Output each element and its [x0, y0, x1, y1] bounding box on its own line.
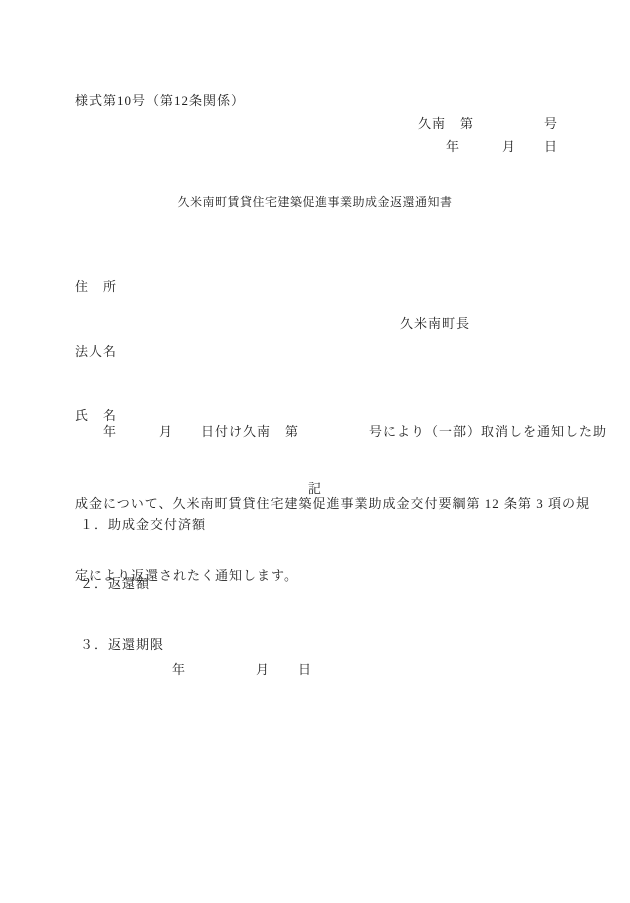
recipient-corporation-label: 法人名 — [75, 341, 117, 363]
list-item-refund-deadline: ３．返還期限 — [80, 634, 164, 653]
record-heading: 記 — [0, 478, 630, 497]
document-page: 様式第10号（第12条関係） 久南 第 号 年 月 日 久米南町賃貸住宅建築促進… — [0, 0, 630, 903]
body-line-1: 年 月 日付け久南 第 号により（一部）取消しを通知した助 — [75, 420, 565, 444]
recipient-address-label: 住 所 — [75, 276, 117, 298]
issuer-name: 久米南町長 — [400, 313, 470, 332]
list-item-refund-amount: ２．返還額 — [80, 573, 150, 592]
document-number-line: 久南 第 号 — [418, 113, 558, 132]
body-paragraph: 年 月 日付け久南 第 号により（一部）取消しを通知した助 成金について、久米南… — [75, 372, 565, 636]
list-item-granted-amount: １．助成金交付済額 — [80, 514, 206, 533]
page-title: 久米南町賃貸住宅建築促進事業助成金返還通知書 — [0, 193, 630, 210]
form-number: 様式第10号（第12条関係） — [75, 90, 245, 109]
header-date-line: 年 月 日 — [446, 136, 558, 155]
due-date-line: 年 月 日 — [172, 659, 312, 678]
